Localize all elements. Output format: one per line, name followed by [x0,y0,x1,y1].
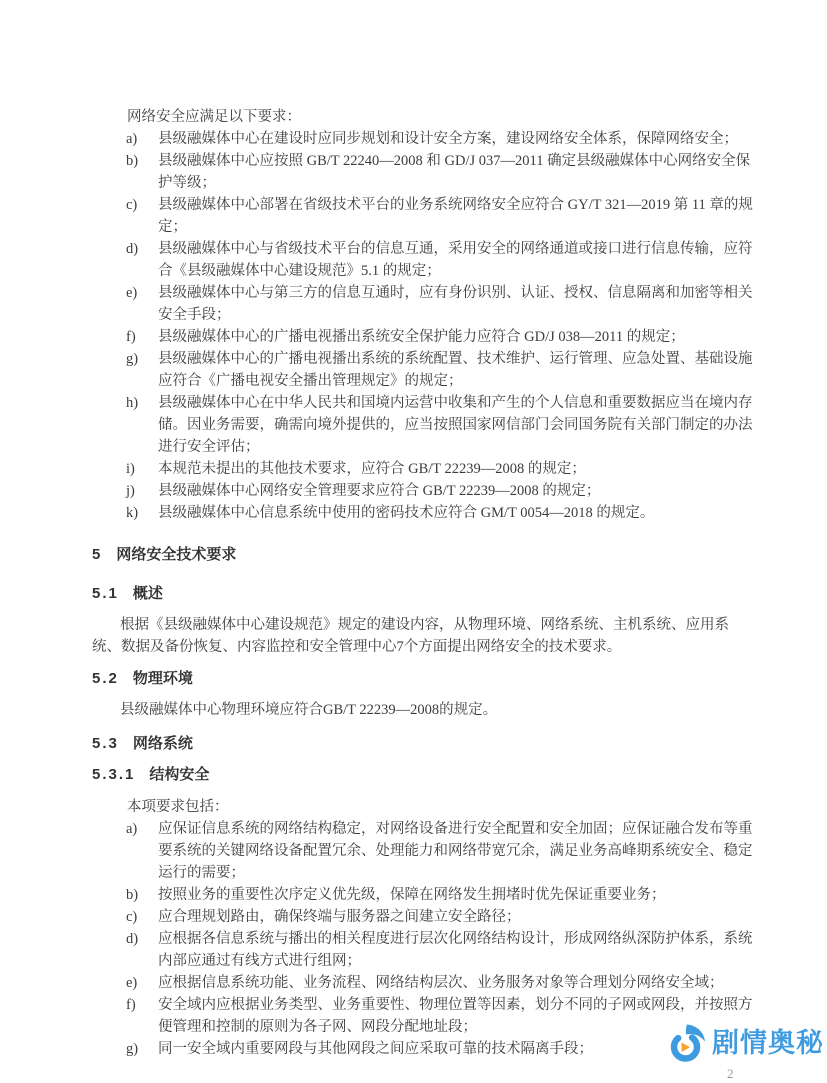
section-heading-5-3: 5.3 网络系统 [92,733,754,755]
section-heading-5-1: 5.1 概述 [92,583,754,605]
list-item: a) 应保证信息系统的网络结构稳定，对网络设备进行安全配置和安全加固；应保证融合… [92,818,754,884]
list-item-marker: e) [126,282,137,304]
list-item: c) 县级融媒体中心部署在省级技术平台的业务系统网络安全应符合 GY/T 321… [92,194,754,238]
list-item-marker: i) [126,458,135,480]
structure-security-list: a) 应保证信息系统的网络结构稳定，对网络设备进行安全配置和安全加固；应保证融合… [92,818,754,1060]
list-item: f) 县级融媒体中心的广播电视播出系统安全保护能力应符合 GD/J 038—20… [92,326,754,348]
list-item-text: 安全域内应根据业务类型、业务重要性、物理位置等因素，划分不同的子网或网段，并按照… [158,997,753,1035]
list-item-marker: g) [126,348,138,370]
list-item-marker: j) [126,480,135,502]
list-item-text: 应合理规划路由，确保终端与服务器之间建立安全路径； [158,909,521,925]
list-item: g) 县级融媒体中心的广播电视播出系统的系统配置、技术维护、运行管理、应急处置、… [92,348,754,392]
list-item-text: 县级融媒体中心网络安全管理要求应符合 GB/T 22239—2008 的规定； [158,483,600,499]
watermark-text: 剧情奥秘 [712,1022,824,1064]
list-item-text: 同一安全域内重要网段与其他网段之间应采取可靠的技术隔离手段； [158,1041,593,1057]
list-item: b) 县级融媒体中心应按照 GB/T 22240—2008 和 GD/J 037… [92,150,754,194]
section-number: 5.3 [92,733,119,755]
list-item-text: 按照业务的重要性次序定义优先级，保障在网络发生拥堵时优先保证重要业务； [158,887,666,903]
list-item-text: 应保证信息系统的网络结构稳定，对网络设备进行安全配置和安全加固；应保证融合发布等… [158,821,753,881]
section-title: 概述 [133,583,163,605]
list-item: c) 应合理规划路由，确保终端与服务器之间建立安全路径； [92,906,754,928]
list-item-marker: c) [126,906,137,928]
list-item: g) 同一安全域内重要网段与其他网段之间应采取可靠的技术隔离手段； [92,1038,754,1060]
section-number: 5.3.1 [92,764,135,786]
list-item-text: 县级融媒体中心在建设时应同步规划和设计安全方案，建设网络安全体系，保障网络安全； [158,131,738,147]
list-item: h) 县级融媒体中心在中华人民共和国境内运营中收集和产生的个人信息和重要数据应当… [92,392,754,458]
section-5-2-paragraph: 县级融媒体中心物理环境应符合GB/T 22239—2008的规定。 [92,699,754,721]
list-item-text: 县级融媒体中心与第三方的信息互通时，应有身份识别、认证、授权、信息隔离和加密等相… [158,285,753,323]
list-item-text: 县级融媒体中心的广播电视播出系统的系统配置、技术维护、运行管理、应急处置、基础设… [158,351,753,389]
list-item-marker: g) [126,1038,138,1060]
list-item-marker: b) [126,150,138,172]
section-heading-5: 5 网络安全技术要求 [92,544,754,566]
intro-list: a) 县级融媒体中心在建设时应同步规划和设计安全方案，建设网络安全体系，保障网络… [92,128,754,524]
list-item: f) 安全域内应根据业务类型、业务重要性、物理位置等因素，划分不同的子网或网段，… [92,994,754,1038]
list-item-marker: d) [126,928,138,950]
page-number: 2 [727,1066,734,1082]
list-item-marker: e) [126,972,137,994]
list-item-marker: k) [126,502,138,524]
list-item-marker: a) [126,128,137,150]
list-item: e) 县级融媒体中心与第三方的信息互通时，应有身份识别、认证、授权、信息隔离和加… [92,282,754,326]
section-5-1-paragraph: 根据《县级融媒体中心建设规范》规定的建设内容，从物理环境、网络系统、主机系统、应… [92,614,754,658]
list-item-text: 县级融媒体中心的广播电视播出系统安全保护能力应符合 GD/J 038—2011 … [158,329,685,345]
list-item-text: 县级融媒体中心应按照 GB/T 22240—2008 和 GD/J 037—20… [158,153,750,191]
list-item-text: 县级融媒体中心在中华人民共和国境内运营中收集和产生的个人信息和重要数据应当在境内… [158,395,753,455]
list-item: b) 按照业务的重要性次序定义优先级，保障在网络发生拥堵时优先保证重要业务； [92,884,754,906]
list-item-text: 县级融媒体中心部署在省级技术平台的业务系统网络安全应符合 GY/T 321—20… [158,197,753,235]
list-item-text: 县级融媒体中心与省级技术平台的信息互通，采用安全的网络通道或接口进行信息传输，应… [158,241,753,279]
section-number: 5.1 [92,583,119,605]
list-item: d) 县级融媒体中心与省级技术平台的信息互通，采用安全的网络通道或接口进行信息传… [92,238,754,282]
list-item-text: 县级融媒体中心信息系统中使用的密码技术应符合 GM/T 0054—2018 的规… [158,505,654,521]
section-heading-5-2: 5.2 物理环境 [92,668,754,690]
list-item-marker: b) [126,884,138,906]
list-item: i) 本规范未提出的其他技术要求，应符合 GB/T 22239—2008 的规定… [92,458,754,480]
list-item-text: 应根据各信息系统与播出的相关程度进行层次化网络结构设计，形成网络纵深防护体系，系… [158,931,753,969]
list-item: d) 应根据各信息系统与播出的相关程度进行层次化网络结构设计，形成网络纵深防护体… [92,928,754,972]
list-item: k) 县级融媒体中心信息系统中使用的密码技术应符合 GM/T 0054—2018… [92,502,754,524]
list-item: a) 县级融媒体中心在建设时应同步规划和设计安全方案，建设网络安全体系，保障网络… [92,128,754,150]
list-item-text: 本规范未提出的其他技术要求，应符合 GB/T 22239—2008 的规定； [158,461,586,477]
list-item-marker: f) [126,994,136,1016]
section-title: 物理环境 [133,668,193,690]
list-item: j) 县级融媒体中心网络安全管理要求应符合 GB/T 22239—2008 的规… [92,480,754,502]
section-number: 5.2 [92,668,119,690]
intro-lead: 网络安全应满足以下要求： [92,106,754,128]
list-item-text: 应根据信息系统功能、业务流程、网络结构层次、业务服务对象等合理划分网络安全域； [158,975,724,991]
list-item-marker: f) [126,326,136,348]
document-page: 网络安全应满足以下要求： a) 县级融媒体中心在建设时应同步规划和设计安全方案，… [0,0,827,1083]
section-number: 5 [92,544,102,566]
watermark-drop-logo-icon [666,1022,708,1064]
list-item-marker: h) [126,392,138,414]
section-heading-5-3-1: 5.3.1 结构安全 [92,764,754,786]
document-content: 网络安全应满足以下要求： a) 县级融媒体中心在建设时应同步规划和设计安全方案，… [92,106,754,1060]
play-icon [682,1043,691,1053]
list-item-marker: a) [126,818,137,840]
watermark: 剧情奥秘 [666,1022,824,1064]
section-title: 网络系统 [133,733,193,755]
section-title: 网络安全技术要求 [116,544,236,566]
section-title: 结构安全 [149,764,209,786]
section-5-3-1-lead: 本项要求包括： [92,796,754,818]
list-item-marker: d) [126,238,138,260]
list-item: e) 应根据信息系统功能、业务流程、网络结构层次、业务服务对象等合理划分网络安全… [92,972,754,994]
list-item-marker: c) [126,194,137,216]
